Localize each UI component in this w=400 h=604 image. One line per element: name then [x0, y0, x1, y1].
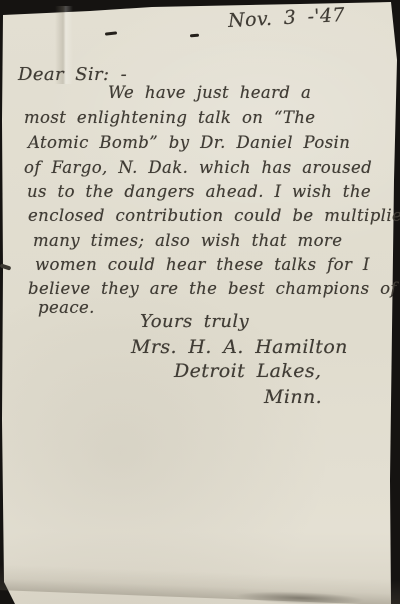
body-line: of Fargo, N. Dak. which has aroused: [24, 158, 372, 177]
body-line: Atomic Bomb” by Dr. Daniel Posin: [28, 133, 350, 152]
body-line: most enlightening talk on “The: [24, 108, 315, 127]
staple-mark: [190, 34, 199, 38]
body-line: us to the dangers ahead. I wish the: [27, 182, 371, 201]
scanned-letter: Nov. 3 -'47 Dear Sir: - We have just hea…: [0, 0, 400, 604]
body-line: many times; also wish that more: [33, 231, 342, 250]
body-line: believe they are the best champions of: [28, 279, 397, 298]
signature-name: Mrs. H. A. Hamilton: [131, 336, 348, 358]
signature-state: Minn.: [264, 386, 322, 408]
body-line: peace.: [38, 298, 95, 317]
letter-salutation: Dear Sir: -: [18, 64, 127, 85]
body-line: women could hear these talks for I: [35, 255, 370, 274]
body-line: enclosed contribution could be multiplie…: [28, 206, 400, 225]
body-line: We have just heard a: [108, 83, 311, 102]
signature-city: Detroit Lakes,: [174, 360, 321, 382]
letter-closing: Yours truly: [140, 311, 249, 332]
